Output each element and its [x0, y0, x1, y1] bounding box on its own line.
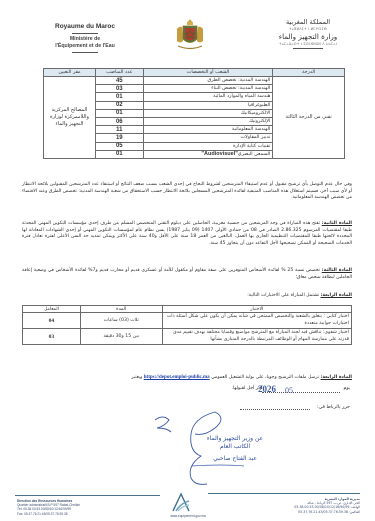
table-header-row: الدرجة الشعب أو التخصصات عدد المناصب مقر… [44, 69, 345, 77]
test-description: اختبار شفوي: تناقش فيه لجنة المباراة مع … [162, 329, 351, 345]
divider [72, 33, 98, 34]
paragraph-submission: المادة الرابعة: ترسل ملفات الترشيح وجوبا… [22, 375, 352, 382]
column-header-coefficient: المعامل [23, 306, 81, 313]
count-cell: 19 [95, 134, 143, 142]
kingdom-name-ar: المملكة المغربية [268, 18, 348, 26]
column-header-location: مقر التعيين [44, 69, 96, 77]
test-description: اختبار كتابي : يتعلق بالشعبة والتخصص الم… [162, 313, 351, 329]
page-footer: Direction des Ressources Humaines Quarti… [0, 490, 375, 521]
specialty-cell: الطبوغرافيا [143, 101, 273, 109]
count-cell: 01 [95, 109, 143, 117]
footer-tel-fr: Tél: 05.38.00.53.00/08/10/12/16/90/99 [17, 507, 80, 511]
article-text: تخصص نسبة 25 % لفائدة الأشخاص المتوفرين … [22, 268, 352, 280]
kingdom-name-tifinagh: ⵜⴰⴳⵍⴷⵉⵜ ⵏ ⵍⵎⵖⵔⵉⴱ [268, 27, 348, 31]
specialty-text: السمعي البصري [238, 152, 271, 157]
test-duration: بين 15 و30 دقيقة [80, 329, 162, 345]
article-label: المادة الرابعة: [321, 293, 352, 298]
footer-website[interactable]: www.equipement.gov.ma [153, 514, 223, 518]
paragraph-article-4: المادة الرابعة: تشتمل المباراة على الاخت… [22, 293, 352, 300]
paragraph-article-3: المادة الثالثة: تخصص نسبة 25 % لفائدة ال… [22, 268, 352, 281]
coat-of-arms-icon [172, 17, 208, 53]
footer-fax-fr: Fax: 05.37.76.21.45/05.37.76.59.38 [17, 512, 80, 516]
application-portal-link[interactable]: https://depot.emploi-public.ma [144, 375, 210, 380]
specialty-cell: الهندسة المعلوماتية [143, 126, 273, 134]
column-header-count: عدد المناصب [95, 69, 143, 77]
column-header-grade: الدرجة [273, 69, 345, 77]
deadline-stamp-year: 2026 [258, 384, 276, 394]
deadline-prefix: يوم [344, 386, 351, 391]
footer-contact-fr: Direction des Ressources Humaines Quarti… [17, 499, 80, 516]
ministry-name-ar: وزارة التجهيز والماء [268, 32, 348, 41]
count-cell: 11 [95, 126, 143, 134]
divider [72, 52, 98, 53]
table-row: تقني من الدرجة الثالثة الهندسة المدنية: … [44, 77, 345, 85]
specialty-cell: تقنيات كتابة الإدارة [143, 142, 273, 150]
article-text: ترسل ملفات الترشيح وجوبا، على بوابة التش… [210, 375, 321, 380]
column-header-test: الاختبار [162, 306, 351, 313]
footer-contact-ar: مديرية الموارد البشرية الحي الإداري، ص.ب… [262, 497, 360, 514]
count-cell: 45 [95, 77, 143, 85]
article-text: تشتمل المباراة على الاختبارات التالية: [247, 293, 320, 298]
article-text: تفتح هذه المباراة في وجه المرشحين من جنس… [22, 221, 352, 246]
ministry-name-fr-2: l'Équipement et de l'Eau [40, 43, 130, 50]
paragraph-vacancy-reallocation: وفي حال عدم التوصل بأي ترشيح مقبول أو عد… [22, 182, 352, 202]
article-text-tail: ويعتبر [131, 375, 143, 380]
count-cell: 02 [95, 101, 143, 109]
table-row: اختبار شفوي: تناقش فيه لجنة المباراة مع … [23, 329, 352, 345]
letterhead-arabic: المملكة المغربية ⵜⴰⴳⵍⴷⵉⵜ ⵏ ⵍⵎⵖⵔⵉⴱ وزارة … [268, 18, 348, 49]
column-header-duration: المدة [80, 306, 162, 313]
kingdom-name-fr: Royaume du Maroc [40, 23, 130, 30]
test-coefficient: 03 [23, 329, 81, 345]
specialty-cell: الهندسة المدنية: تخصص البناء [143, 85, 273, 93]
count-cell: 01 [95, 150, 143, 158]
count-cell: 05 [95, 142, 143, 150]
specialty-cell: هندسة المياه والموارد المائية [143, 93, 273, 101]
ministry-name-tifinagh: ⵜⴰⵎⴰⵡⴰⵙⵜ ⵏ ⵓⵙⵏⴼⵍⵓⵍ ⴷ ⵡⴰⵎⴰⵏ [268, 42, 348, 46]
letterhead: Royaume du Maroc Ministère de l'Équipeme… [0, 0, 375, 62]
article-label: المادة الثانية: [322, 221, 352, 226]
made-at-label: حرر بالرباط في: [317, 405, 350, 410]
table-header-row: الاختبار المدة المعامل [23, 306, 352, 313]
specialty-cell: الإلكترونيك [143, 117, 273, 125]
location-cell: المصالح المركزية واللاممركزة لوزارة التج… [44, 77, 96, 159]
specialty-cell: الهندسة المدنية: تخصص الطرق [143, 77, 273, 85]
count-cell: 03 [95, 85, 143, 93]
count-cell: 06 [95, 117, 143, 125]
table-row: اختبار كتابي : يتعلق بالشعبة والتخصص الم… [23, 313, 352, 329]
test-coefficient: 04 [23, 313, 81, 329]
ministry-logo-icon [170, 491, 192, 513]
signatory-role: الكاتب العام [180, 443, 290, 451]
footer-rule [15, 495, 160, 496]
letterhead-french: Royaume du Maroc Ministère de l'Équipeme… [40, 23, 130, 55]
article-label: المادة الرابعة: [321, 375, 352, 380]
footer-fax-ar: الفاكس: 05.37.76.21.45/05.37.76.59.38 [262, 510, 360, 514]
grade-cell: تقني من الدرجة الثالثة [273, 77, 345, 159]
signature-block: عن وزير التجهيز والماء الكاتب العام عبد … [180, 435, 290, 463]
article-label: المادة الثالثة: [322, 268, 352, 273]
specialty-cell: الالكتروميكانيك [143, 109, 273, 117]
divider [293, 48, 323, 49]
posts-table: الدرجة الشعب أو التخصصات عدد المناصب مقر… [43, 68, 345, 159]
test-duration: ثلاث (03) ساعات [80, 313, 162, 329]
count-cell: 01 [95, 93, 143, 101]
signatory-name: عبد الفتاح صاحبي [180, 455, 290, 463]
tests-table: الاختبار المدة المعامل اختبار كتابي : يت… [22, 305, 352, 345]
paragraph-article-2: المادة الثانية: تفتح هذه المباراة في وجه… [22, 221, 352, 247]
specialty-latin: "Audiovisuel" [201, 151, 237, 157]
column-header-specialty: الشعب أو التخصصات [143, 69, 273, 77]
footer-rule [208, 493, 360, 494]
specialty-cell: السمعي البصري"Audiovisuel" [143, 150, 273, 158]
specialty-cell: تدبير المقاولات [143, 134, 273, 142]
signatory-title: عن وزير التجهيز والماء [180, 435, 290, 443]
deadline-stamp-day: 05 [285, 386, 293, 395]
